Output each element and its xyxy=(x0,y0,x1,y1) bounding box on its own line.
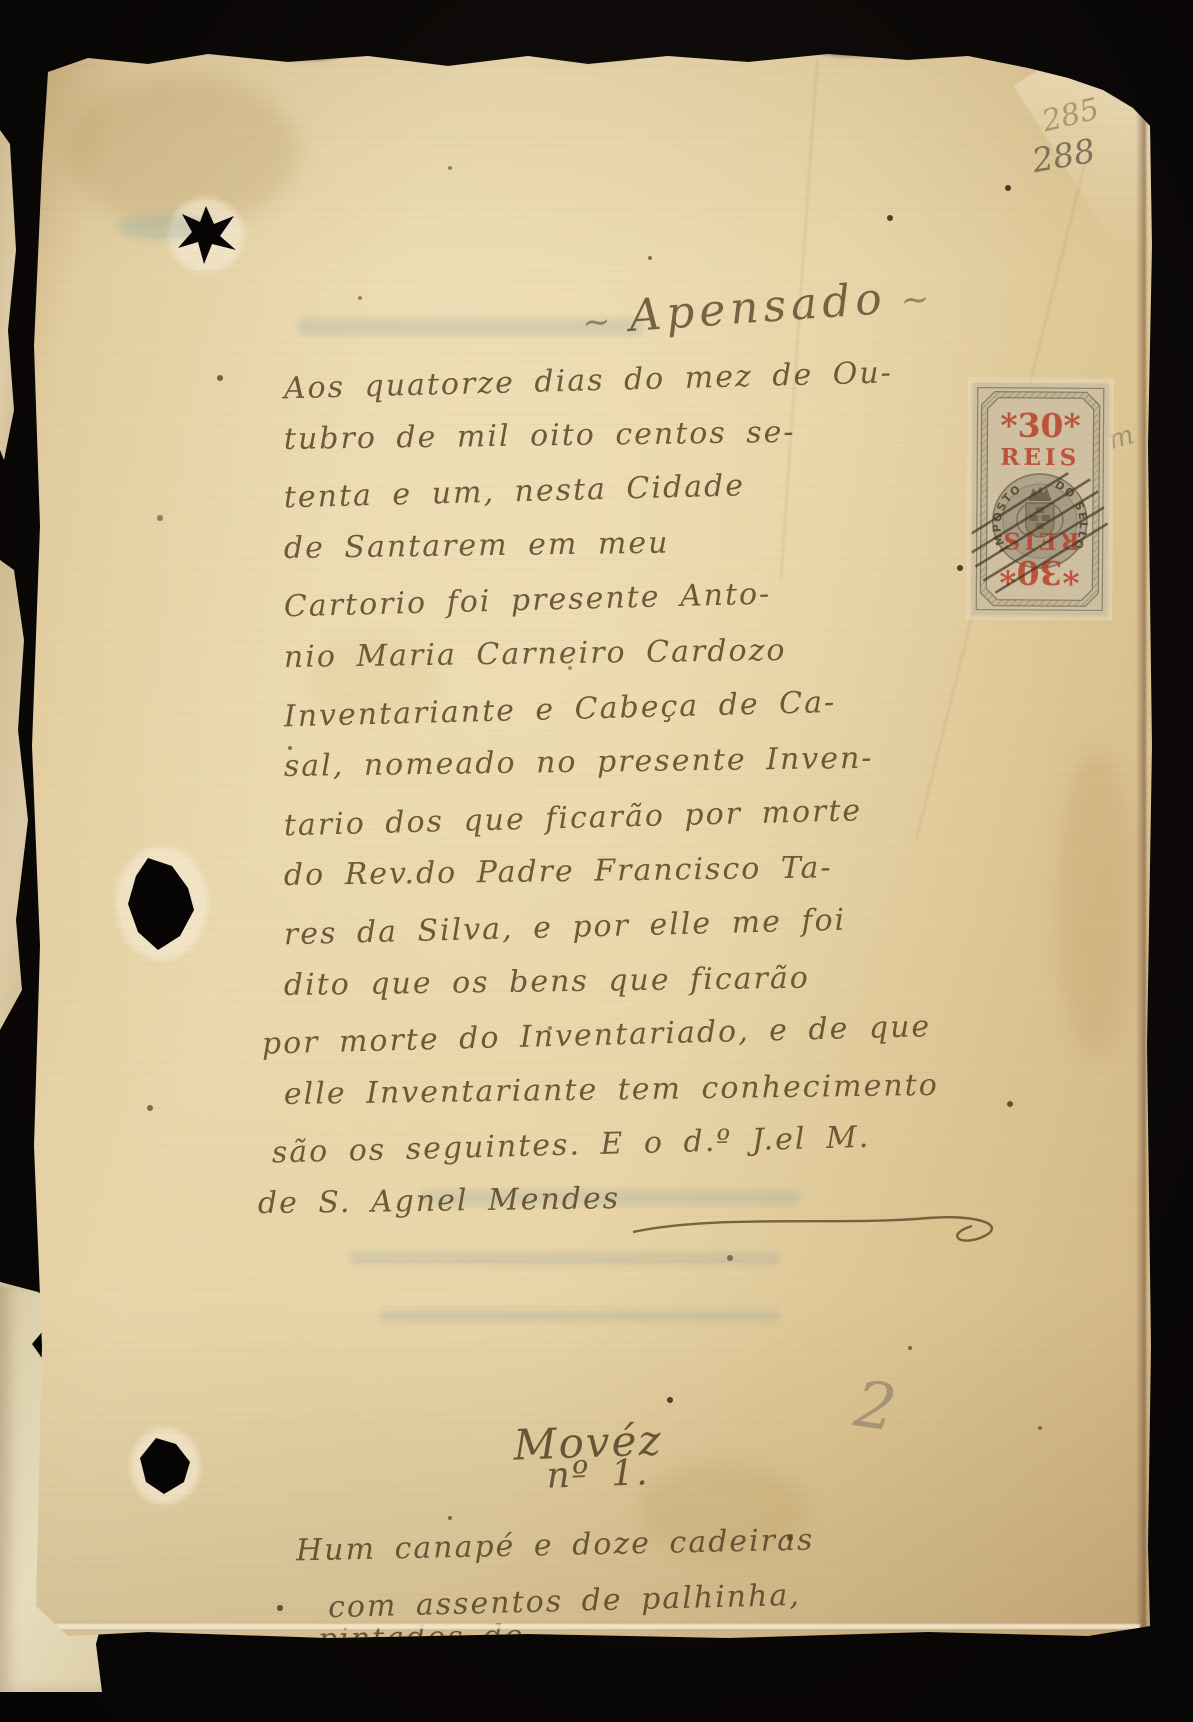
paper-specks xyxy=(28,46,32,50)
edge-decay xyxy=(548,48,638,60)
torn-page-fragment-top xyxy=(0,130,16,460)
document-heading: ~Apensado~ xyxy=(527,266,989,349)
ink-showthrough xyxy=(350,1252,780,1265)
ink-showthrough xyxy=(380,1310,780,1322)
body-text-block: Aos quatorze dias do mez de Ou- tubro de… xyxy=(258,362,998,1236)
section-item-number: nº 1. xyxy=(497,1451,698,1499)
page-right-edge-shadow xyxy=(1136,86,1146,1631)
crown-base xyxy=(1029,497,1051,501)
stain xyxy=(68,76,298,226)
pencil-numeral: 2 xyxy=(850,1368,901,1447)
manuscript-page: 285 288 ~Apensado~ Aos quatorze dias do … xyxy=(28,46,1154,1644)
torn-page-fragment-middle xyxy=(0,560,28,1030)
inventory-item-line: Hum canapé e doze cadeiras xyxy=(296,1523,815,1569)
archival-photo: 285 288 ~Apensado~ Aos quatorze dias do … xyxy=(0,0,1193,1722)
stamp-currency-top: REIS xyxy=(1000,444,1080,472)
heading-flourish-left: ~ xyxy=(567,300,631,344)
heading-flourish-right: ~ xyxy=(885,278,949,322)
stamp-value-bottom: *30* xyxy=(999,553,1080,593)
signature-flourish xyxy=(628,1194,1028,1250)
edge-decay xyxy=(818,46,888,56)
edge-decay xyxy=(278,50,338,60)
page-bottom-edge-highlight xyxy=(48,1624,1140,1629)
stain xyxy=(1058,746,1133,1056)
stamp-value-top: *30* xyxy=(1000,406,1081,446)
heading-text: Apensado xyxy=(628,273,889,342)
paper-hole-small xyxy=(28,46,48,68)
revenue-stamp: *30* REIS IMPOSTO DO SELLO *30* REIS xyxy=(971,383,1109,616)
